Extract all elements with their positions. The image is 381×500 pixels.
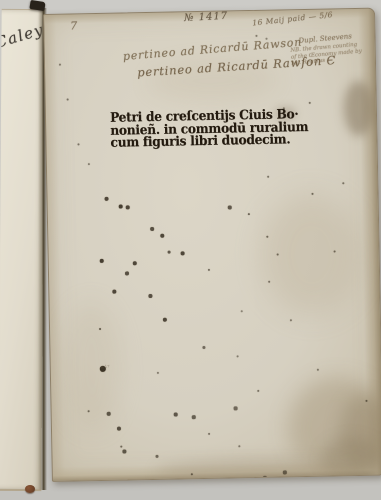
foxing-spot — [99, 259, 104, 264]
foxing-spot — [155, 454, 158, 457]
printed-title-block: Petri de creſcentijs Ciuis Bo· nonieñ. i… — [110, 109, 309, 151]
foxing-spot — [257, 390, 260, 393]
shelf-number-annotation: № 1417 — [184, 11, 229, 24]
foxing-spot — [77, 143, 80, 146]
foliation-numeral: 7 — [70, 19, 77, 32]
foxing-spot — [150, 227, 154, 231]
binding-clasp-remnant — [25, 485, 35, 493]
paper-stain — [343, 81, 374, 137]
foxing-spot — [117, 426, 121, 430]
foxing-spot — [66, 98, 69, 101]
foxing-spot — [228, 206, 231, 209]
foxing-spot — [105, 197, 109, 201]
foxing-spot — [112, 289, 116, 293]
purchase-note-annotation: 16 Maij paid — 5/6 — [252, 10, 333, 28]
foxing-spot — [120, 445, 123, 448]
foxing-spot — [309, 102, 311, 104]
paper-stain — [156, 456, 346, 482]
foxing-spot — [132, 261, 137, 266]
foxing-spot — [263, 476, 266, 479]
foxing-spot — [238, 445, 241, 448]
paper-stain — [320, 437, 381, 478]
foxing-spot — [342, 182, 345, 185]
paper-stain — [62, 302, 122, 431]
foxing-spot — [290, 319, 293, 322]
foxing-spot — [174, 413, 178, 417]
foxing-spot — [157, 372, 160, 375]
foxing-spot — [181, 251, 185, 255]
photo-scene: Caleyſ 7 № 1417 16 Maij paid — 5/6 Dupl.… — [0, 0, 381, 500]
foxing-spot — [202, 345, 205, 348]
foxing-spot — [247, 213, 250, 216]
foxing-spot — [118, 204, 123, 209]
foxing-spot — [234, 407, 237, 410]
foxing-spot — [208, 432, 211, 435]
foxing-spot — [88, 163, 90, 165]
foxing-spot — [149, 294, 153, 298]
foxing-spot — [192, 416, 195, 419]
foxing-spot — [126, 206, 130, 210]
foxing-spot — [59, 63, 61, 65]
foxing-spot — [160, 234, 164, 238]
foxing-spot — [317, 369, 319, 371]
foxing-spot — [208, 268, 211, 271]
foxing-spot — [125, 272, 129, 276]
foxing-spot — [241, 310, 243, 312]
foxing-spot — [283, 471, 286, 474]
foxing-spot — [123, 450, 127, 454]
foxing-spot — [267, 175, 270, 178]
foxing-spot — [163, 317, 167, 321]
foxing-spot — [167, 250, 170, 253]
foxing-spot — [236, 355, 239, 358]
foxing-spot — [107, 412, 111, 416]
foxing-spot — [255, 35, 258, 38]
printed-title-line: cum figuris libri duodecim. — [110, 134, 308, 150]
title-page: 7 № 1417 16 Maij paid — 5/6 Dupl. Steeve… — [43, 8, 381, 482]
